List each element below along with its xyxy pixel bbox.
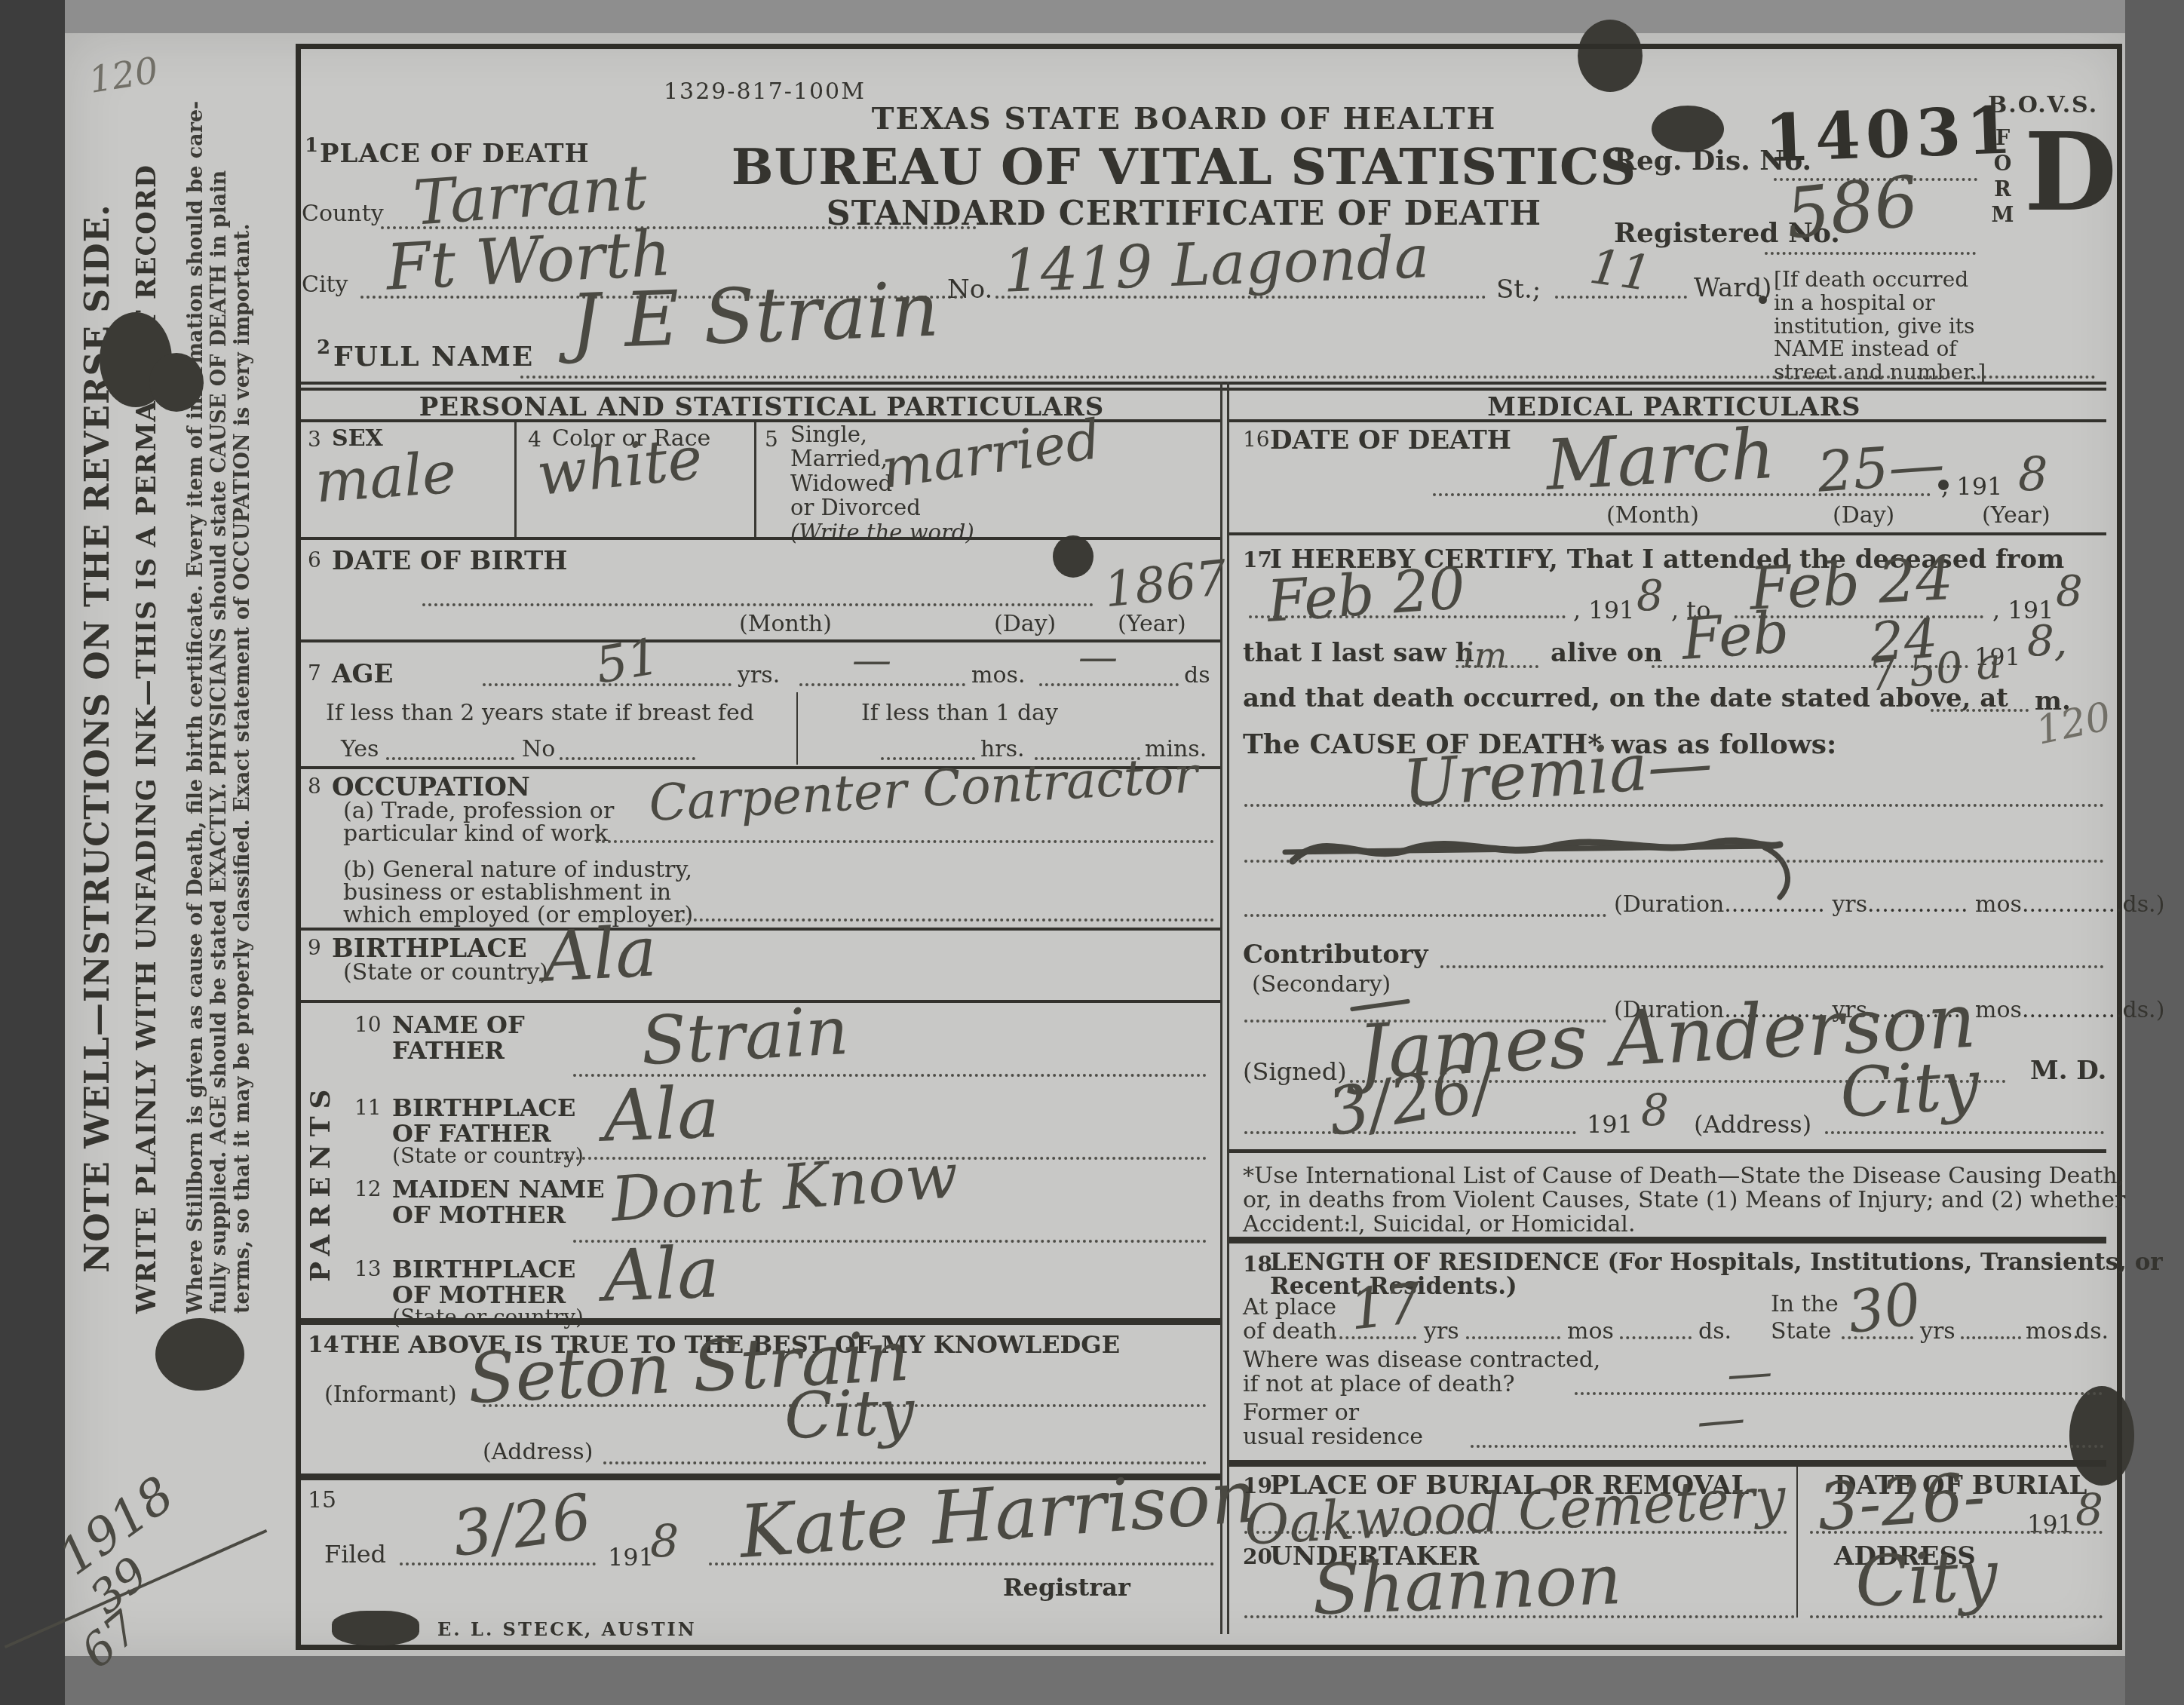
dod-line: [1433, 493, 1931, 496]
dob-year-label: (Year): [1118, 611, 1186, 637]
residence-mos2-line: [1961, 1336, 2021, 1339]
last-saw-post: alive on: [1551, 638, 1662, 668]
no-line: [560, 757, 695, 760]
father-bp-number: 11: [354, 1095, 382, 1120]
marital-number: 5: [765, 427, 778, 452]
filed-date-line: [400, 1562, 596, 1565]
occupation-a-line2: particular kind of work: [343, 820, 608, 847]
residence-mos-line: [1466, 1336, 1560, 1339]
former-residence-value: —: [1695, 1390, 1747, 1449]
mother-bp-number: 13: [354, 1256, 382, 1281]
signed-address-label: (Address): [1694, 1110, 1811, 1139]
signed-md-label: M. D.: [2030, 1056, 2106, 1086]
rule: [301, 928, 1220, 931]
photo-right-strip: [2125, 0, 2184, 1705]
intl-note-line-3: Accident:l, Suicidal, or Homicidal.: [1243, 1211, 1635, 1237]
sex-value: male: [313, 439, 458, 516]
printer-imprint: E. L. STECK, AUSTIN: [437, 1618, 697, 1640]
father-number: 10: [354, 1012, 382, 1037]
mother-bp-label-1: BIRTHPLACE: [392, 1255, 575, 1283]
filed-year-print: 191: [608, 1543, 654, 1572]
disease-contracted-2: if not at place of death?: [1243, 1371, 1514, 1397]
registrar-line: [709, 1562, 1214, 1565]
burial-date-line: [1810, 1531, 2103, 1534]
photo-top-edge: [0, 0, 2184, 33]
hospital-note-line: institution, give its: [1774, 315, 2106, 339]
certify-from-year-hand: 8: [1636, 572, 1664, 621]
contributory-secondary: (Secondary): [1252, 971, 1391, 998]
dob-line: [422, 603, 1094, 606]
father-bp-value: Ala: [602, 1072, 721, 1158]
thick-rule: [1229, 1237, 2106, 1243]
mother-label-1: MAIDEN NAME: [392, 1175, 605, 1204]
marital-label-line: (Write the word): [790, 520, 974, 544]
dod-month-value: March: [1544, 413, 1777, 506]
residence-state-line: [1842, 1336, 1913, 1339]
dod-label: DATE OF DEATH: [1270, 425, 1511, 455]
disease-contracted-line: [1575, 1392, 2103, 1395]
residence-at-line: [1333, 1336, 1416, 1339]
undertaker-address-value: City: [1853, 1535, 1999, 1623]
age-divider: [796, 692, 798, 765]
marital-label-line: or Divorced: [790, 495, 974, 520]
last-saw-year-hand: 8,: [2027, 617, 2067, 666]
breast-fed-note: If less than 2 years state if breast fed: [326, 700, 754, 726]
dob-month-label: (Month): [739, 611, 832, 637]
age-yrs-label: yrs.: [738, 662, 780, 688]
informant-label: (Informant): [324, 1381, 457, 1408]
former-residence-line: [1471, 1445, 2104, 1448]
column-divider: [1227, 382, 1229, 1634]
father-value: Strain: [639, 992, 850, 1080]
birthplace-sub: (State or country): [343, 959, 548, 986]
margin-note-small: Where Stillborn is given as cause of Dea…: [184, 182, 254, 1314]
father-label-1: NAME OF: [392, 1010, 525, 1039]
intl-note-line-2: or, in deaths from Violent Causes, State…: [1243, 1187, 2125, 1213]
signed-date-line: [1244, 1131, 1576, 1134]
undertaker-address-line: [1810, 1615, 2103, 1618]
full-name-number: 2: [317, 336, 330, 359]
dod-year-label: (Year): [1982, 502, 2051, 529]
signed-address-value: City: [1838, 1045, 1983, 1134]
mother-bp-value: Ala: [602, 1231, 721, 1317]
residence-ds-line: [1620, 1336, 1692, 1339]
residence-number: 18: [1243, 1252, 1272, 1277]
certify-from-year-print: , 191: [1573, 596, 1634, 624]
age-mos-value: —: [852, 638, 891, 683]
mother-bp-label-3: (State or country): [392, 1305, 584, 1329]
residence-yrs2-label: yrs: [1920, 1318, 1955, 1345]
residence-mos-label: mos: [1567, 1318, 1614, 1345]
photo-left-bar: [0, 0, 65, 1705]
former-residence-1: Former or: [1243, 1400, 1359, 1426]
age-ds-value: —: [1078, 635, 1118, 680]
father-label-2: FATHER: [392, 1036, 505, 1065]
parents-label: PARENTS: [305, 1082, 336, 1282]
filed-number: 15: [308, 1487, 336, 1513]
dod-month-label: (Month): [1606, 502, 1699, 529]
scanned-death-certificate: 120 NOTE WELL—INSTRUCTIONS ON THE REVERS…: [0, 0, 2184, 1705]
sex-race-divider: [514, 422, 517, 537]
rule: [301, 388, 2106, 391]
signed-year-hand: 8: [1641, 1084, 1669, 1136]
no-label: No: [522, 736, 555, 762]
disease-contracted-1: Where was disease contracted,: [1243, 1347, 1600, 1373]
contributory-line: [1440, 965, 2104, 968]
former-residence-2: usual residence: [1243, 1424, 1423, 1450]
age-mos-label: mos.: [971, 662, 1025, 688]
occupation-number: 8: [308, 774, 321, 799]
last-saw-hand-im: im: [1463, 635, 1507, 676]
age-number: 7: [308, 661, 321, 685]
signed-address-line: [1825, 1131, 2104, 1134]
age-mos-line: [799, 683, 965, 686]
birthplace-value: Ala: [541, 911, 658, 998]
bureau-title: BUREAU OF VITAL STATISTICS: [724, 137, 1644, 196]
yes-line: [386, 757, 514, 760]
hospital-note-line: [If death occurred: [1774, 268, 2106, 292]
last-saw-date-month: Feb: [1679, 598, 1791, 673]
cause-line-2: [1244, 860, 2104, 863]
age-years-value: 51: [591, 627, 664, 695]
less-day-note: If less than 1 day: [861, 700, 1058, 726]
margin-note-small-line: fully supplied. AGE should be stated EXA…: [207, 182, 231, 1314]
residence-at-place-1: At place: [1243, 1294, 1336, 1320]
birthplace-number: 9: [308, 935, 321, 960]
hospital-note: [If death occurred in a hospital or inst…: [1774, 268, 2106, 385]
street-no-label: No.: [947, 274, 992, 305]
informant-address-label: (Address): [483, 1439, 593, 1465]
contributory-label: Contributory: [1243, 940, 1428, 970]
printer-ornament: [332, 1611, 419, 1645]
residence-at-years: 17: [1347, 1271, 1425, 1342]
form-letter-d: D: [2024, 110, 2117, 235]
margin-note-small-line: Where Stillborn is given as cause of Dea…: [184, 182, 207, 1314]
cause-duration: (Duration.............. yrs.............…: [1614, 891, 2164, 918]
filed-year-hand: 8: [650, 1516, 679, 1569]
burial-year-hand: 8: [2075, 1484, 2103, 1535]
burial-place-line: [1244, 1531, 1787, 1534]
hospital-note-line: NAME instead of: [1774, 338, 2106, 361]
occupation-b-line: [664, 918, 1214, 921]
mother-number: 12: [354, 1176, 382, 1201]
photo-bottom-strip: [65, 1656, 2125, 1705]
dod-year-print: , 191: [1941, 472, 2002, 501]
father-bp-label-3: (State or country): [392, 1143, 584, 1168]
dod-day-label: (Day): [1833, 502, 1894, 529]
ward-label: Ward): [1694, 273, 1772, 303]
board-title: TEXAS STATE BOARD OF HEALTH: [830, 101, 1538, 136]
rule: [301, 382, 2106, 385]
street-st-label: St.;: [1496, 274, 1541, 305]
age-ds-line: [1039, 683, 1179, 686]
signed-year-print: 191: [1587, 1110, 1633, 1139]
dod-year-hand: 8: [2018, 446, 2047, 501]
dob-number: 6: [308, 547, 321, 572]
rule: [301, 537, 1220, 540]
certify-from-line: [1249, 615, 1566, 618]
cause-line-1: [1244, 804, 2104, 807]
residence-state-label: State: [1771, 1318, 1831, 1345]
yes-label: Yes: [341, 736, 379, 762]
place-of-death-number: 1: [305, 134, 318, 157]
residence-yrs-label: yrs: [1424, 1318, 1459, 1345]
intl-note-line-1: *Use International List of Cause of Deat…: [1243, 1163, 2124, 1189]
death-time-line: [1931, 709, 2029, 712]
cause-duration-line: [1244, 914, 1606, 917]
undertaker-number: 20: [1243, 1544, 1272, 1569]
occupation-a-line: [596, 840, 1214, 843]
residence-in-the: In the: [1771, 1291, 1839, 1317]
residence-state-years: 30: [1843, 1270, 1925, 1347]
registered-value: 586: [1782, 161, 1922, 255]
residence-ds-label: ds.: [1698, 1318, 1732, 1345]
certify-to-year-hand: 8: [2056, 567, 2083, 616]
father-bp-label-1: BIRTHPLACE: [392, 1093, 575, 1122]
hospital-note-line: in a hospital or: [1774, 292, 2106, 315]
full-name-label: FULL NAME: [333, 341, 534, 373]
form-word: FORM: [1991, 127, 2014, 229]
ink-blot: [149, 353, 204, 412]
margin-note-small-line: terms, so that it may be properly classi…: [231, 182, 254, 1314]
city-label: City: [302, 271, 348, 298]
residence-at-place-2: of death: [1243, 1318, 1337, 1345]
undertaker-line: [1244, 1615, 1795, 1618]
burial-divider: [1796, 1467, 1798, 1618]
age-label: AGE: [332, 659, 393, 689]
full-name-value: J E Strain: [569, 265, 940, 366]
race-marital-divider: [754, 422, 756, 537]
struck-out-scribble: [1282, 813, 1810, 903]
full-name-line: [520, 376, 2097, 379]
certify-from-value: Feb 20: [1265, 554, 1468, 635]
dod-number: 16: [1243, 427, 1270, 452]
rule: [1229, 1149, 2106, 1153]
mother-label-2: OF MOTHER: [392, 1201, 566, 1229]
filed-label: Filed: [324, 1540, 386, 1569]
last-saw-im-line: [1455, 665, 1538, 668]
dob-day-label: (Day): [994, 611, 1056, 637]
last-saw-pre: that I last saw h: [1243, 638, 1474, 668]
residence-ds2-label: ds.: [2075, 1318, 2109, 1345]
age-ds-label: ds: [1184, 662, 1210, 688]
county-label: County: [302, 201, 384, 227]
attest-number: 14: [308, 1332, 339, 1358]
ink-blot: [155, 1318, 244, 1391]
residence-mos2-label: mos.: [2026, 1318, 2079, 1345]
informant-address-value: City: [783, 1375, 916, 1453]
registrar-label: Registrar: [1003, 1573, 1130, 1602]
dob-label: DATE OF BIRTH: [332, 546, 567, 576]
burial-year-print: 191: [2027, 1510, 2073, 1538]
rule: [1229, 532, 2106, 535]
